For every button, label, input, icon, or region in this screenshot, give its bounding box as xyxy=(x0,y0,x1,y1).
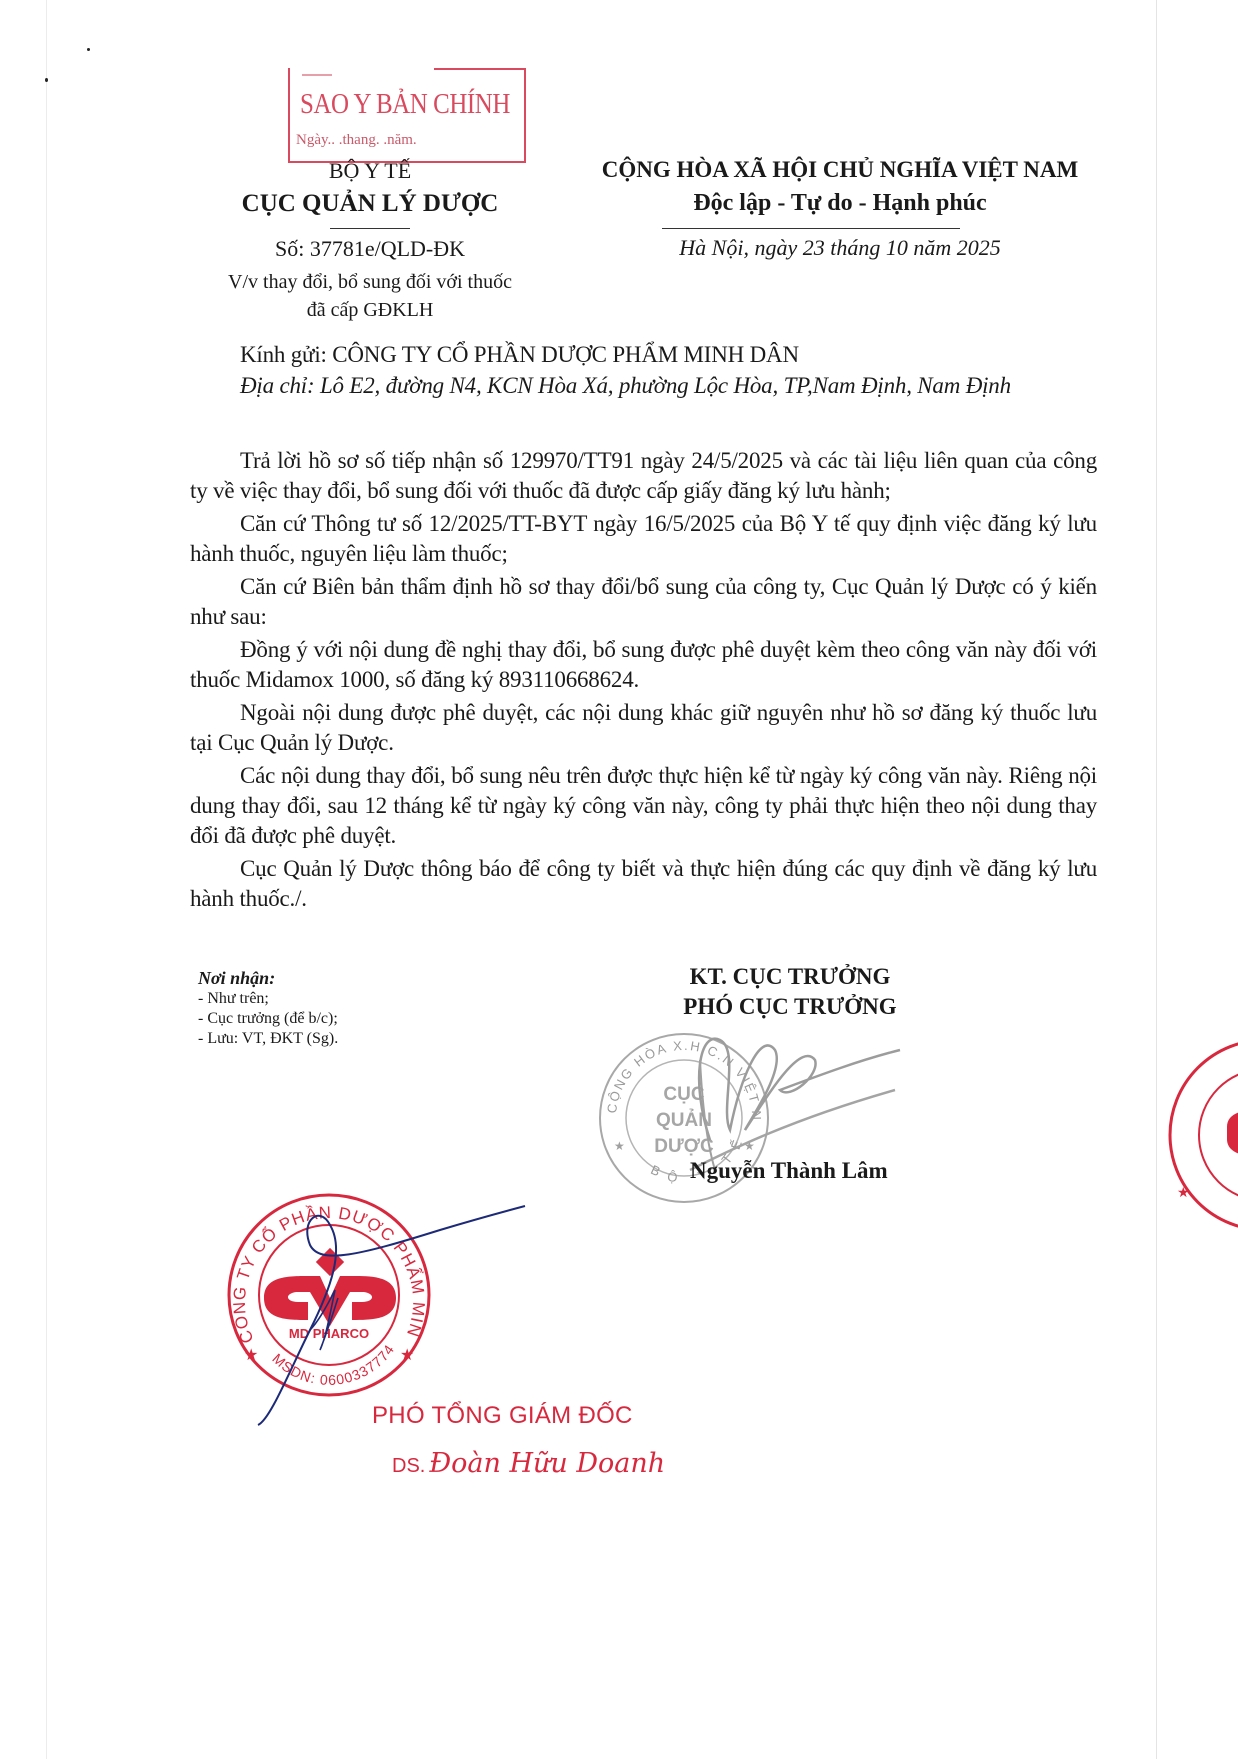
document-date: Hà Nội, ngày 23 tháng 10 năm 2025 xyxy=(560,235,1120,261)
signer-prefix: DS. xyxy=(392,1455,425,1477)
company-signer-name: Đoàn Hữu Doanh xyxy=(429,1448,665,1479)
partial-company-stamp-icon: ★ xyxy=(1165,1035,1238,1235)
signature-line: PHÓ CỤC TRƯỞNG xyxy=(620,992,960,1022)
recipient-address: Địa chỉ: Lô E2, đường N4, KCN Hòa Xá, ph… xyxy=(190,371,1097,401)
agency-name: CỤC QUẢN LÝ DƯỢC xyxy=(160,190,580,218)
national-title: CỘNG HÒA XÃ HỘI CHỦ NGHĨA VIỆT NAM xyxy=(560,157,1120,183)
company-signature-scribble-icon xyxy=(250,1210,530,1430)
signer-name: Nguyễn Thành Lâm xyxy=(690,1158,888,1184)
subject-line: V/v thay đổi, bổ sung đối với thuốc xyxy=(160,268,580,296)
company-signer: DS. Đoàn Hữu Doanh xyxy=(392,1448,665,1479)
distribution-item: - Lưu: VT, ĐKT (Sg). xyxy=(198,1029,338,1049)
scan-speck xyxy=(87,48,90,51)
distribution-list: Nơi nhận: - Như trên; - Cục trưởng (để b… xyxy=(198,968,338,1049)
signature-line: KT. CỤC TRƯỞNG xyxy=(620,962,960,992)
body-paragraph: Đồng ý với nội dung đề nghị thay đổi, bổ… xyxy=(190,635,1097,695)
agency-underline xyxy=(330,228,410,229)
body-paragraph: Ngoài nội dung được phê duyệt, các nội d… xyxy=(190,698,1097,758)
scan-edge-line xyxy=(46,0,47,1759)
distribution-item: - Cục trưởng (để b/c); xyxy=(198,1009,338,1029)
recipient-block: Kính gửi: CÔNG TY CỔ PHẦN DƯỢC PHẨM MINH… xyxy=(190,340,1097,402)
ministry-name: BỘ Y TẾ xyxy=(160,158,580,184)
body-paragraph: Trả lời hồ sơ số tiếp nhận số 129970/TT9… xyxy=(190,446,1097,506)
copy-stamp-date: Ngày.. .thang. .năm. xyxy=(296,132,417,149)
body-paragraph: Các nội dung thay đổi, bổ sung nêu trên … xyxy=(190,761,1097,851)
scan-edge-line xyxy=(1156,0,1157,1759)
svg-text:★: ★ xyxy=(614,1139,625,1153)
svg-text:★: ★ xyxy=(1177,1186,1190,1201)
letter-body: Trả lời hồ sơ số tiếp nhận số 129970/TT9… xyxy=(190,446,1097,917)
body-paragraph: Căn cứ Biên bản thẩm định hồ sơ thay đổi… xyxy=(190,572,1097,632)
signature-title: KT. CỤC TRƯỞNG PHÓ CỤC TRƯỞNG xyxy=(620,962,960,1022)
body-paragraph: Cục Quản lý Dược thông báo để công ty bi… xyxy=(190,854,1097,914)
motto-underline xyxy=(662,228,960,229)
scan-speck xyxy=(45,78,48,82)
national-motto: Độc lập - Tự do - Hạnh phúc xyxy=(560,190,1120,217)
addressee: Kính gửi: CÔNG TY CỔ PHẦN DƯỢC PHẨM MINH… xyxy=(190,340,1097,370)
subject-line: đã cấp GĐKLH xyxy=(160,296,580,324)
document-subject: V/v thay đổi, bổ sung đối với thuốc đã c… xyxy=(160,268,580,324)
certified-copy-stamp: SAO Y BẢN CHÍNH Ngày.. .thang. .năm. xyxy=(288,68,526,163)
document-number: Số: 37781e/QLD-ĐK xyxy=(160,236,580,262)
distribution-title: Nơi nhận: xyxy=(198,968,338,988)
copy-stamp-title: SAO Y BẢN CHÍNH xyxy=(300,88,510,121)
body-paragraph: Căn cứ Thông tư số 12/2025/TT-BYT ngày 1… xyxy=(190,509,1097,569)
company-position: PHÓ TỔNG GIÁM ĐỐC xyxy=(372,1402,633,1430)
distribution-item: - Như trên; xyxy=(198,989,338,1009)
